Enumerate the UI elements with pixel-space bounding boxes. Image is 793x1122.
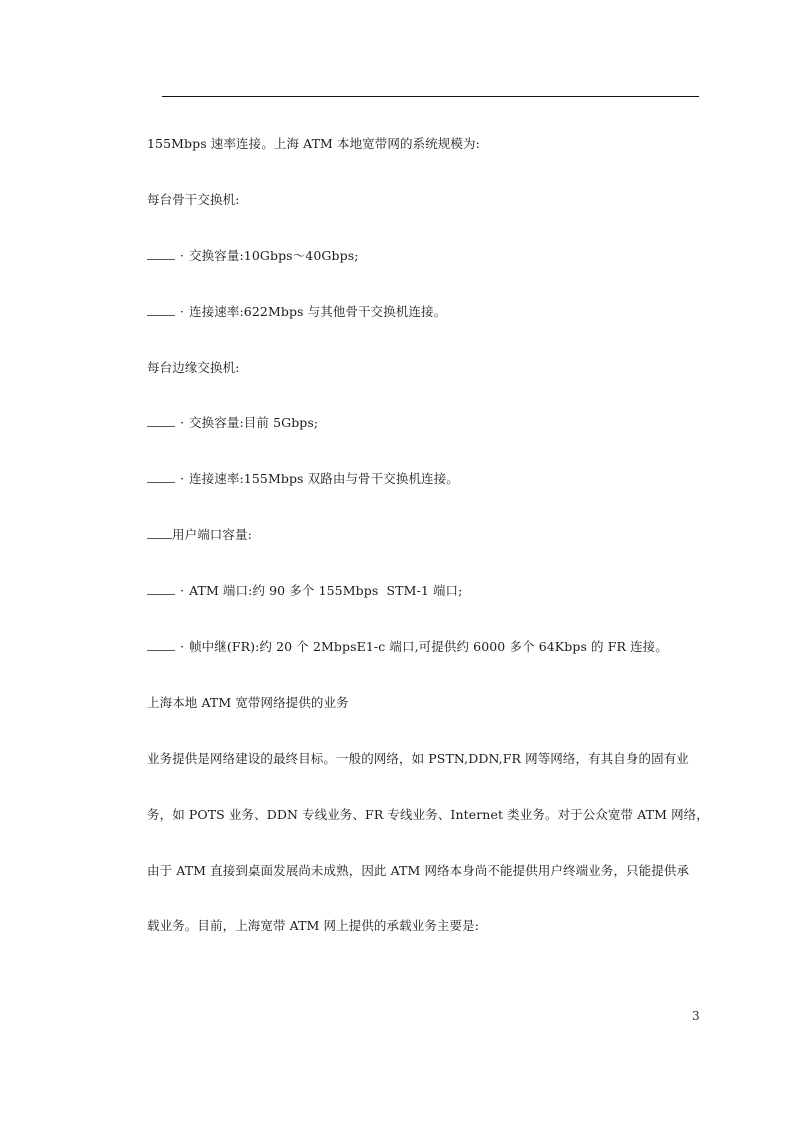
fill-blank [147,247,175,260]
edge-item-rate: ·连接速率:155Mbps 双路由与骨干交换机连接。 [147,469,715,525]
services-heading: 上海本地 ATM 宽带网络提供的业务 [147,693,715,749]
bullet-icon: · [180,469,184,489]
item-text: 连接速率:155Mbps 双路由与骨干交换机连接。 [189,471,459,486]
fill-blank [147,303,175,316]
fill-blank [147,470,175,483]
services-paragraph-line-2: 务，如 POTS 业务、DDN 专线业务、FR 专线业务、Internet 类业… [147,805,715,861]
document-body: 155Mbps 速率连接。上海 ATM 本地宽带网的系统规模为: 每台骨干交换机… [147,134,715,972]
header-rule [162,96,699,97]
backbone-switch-heading: 每台骨干交换机: [147,190,715,246]
item-text: 帧中继(FR):约 20 个 2MbpsE1-c 端口,可提供约 6000 多个… [189,639,668,654]
bullet-icon: · [180,581,184,601]
backbone-item-capacity: ·交换容量:10Gbps～40Gbps; [147,246,715,302]
bullet-icon: · [180,637,184,657]
fill-blank [147,582,175,595]
services-paragraph-line-1: 业务提供是网络建设的最终目标。一般的网络，如 PSTN,DDN,FR 网等网络，… [147,749,715,805]
user-port-item-atm: ·ATM 端口:约 90 多个 155Mbps STM-1 端口; [147,581,715,637]
edge-item-capacity: ·交换容量:目前 5Gbps; [147,413,715,469]
services-paragraph-line-3: 由于 ATM 直接到桌面发展尚未成熟，因此 ATM 网络本身尚不能提供用户终端业… [147,861,715,917]
heading-text: 用户端口容量: [172,527,252,542]
fill-blank [147,638,175,651]
bullet-icon: · [180,246,184,266]
services-paragraph-line-4: 载业务。目前，上海宽带 ATM 网上提供的承载业务主要是: [147,916,715,972]
backbone-item-rate: ·连接速率:622Mbps 与其他骨干交换机连接。 [147,302,715,358]
bullet-icon: · [180,413,184,433]
user-port-heading: 用户端口容量: [147,525,715,581]
item-text: 交换容量:目前 5Gbps; [189,415,318,430]
fill-blank [147,414,175,427]
user-port-item-fr: ·帧中继(FR):约 20 个 2MbpsE1-c 端口,可提供约 6000 多… [147,637,715,693]
edge-switch-heading: 每台边缘交换机: [147,358,715,414]
intro-line: 155Mbps 速率连接。上海 ATM 本地宽带网的系统规模为: [147,134,715,190]
item-text: ATM 端口:约 90 多个 155Mbps STM-1 端口; [189,583,462,598]
document-page: 155Mbps 速率连接。上海 ATM 本地宽带网的系统规模为: 每台骨干交换机… [0,0,793,1122]
item-text: 连接速率:622Mbps 与其他骨干交换机连接。 [189,304,446,319]
fill-blank [147,526,172,539]
page-number: 3 [692,1009,700,1023]
bullet-icon: · [180,302,184,322]
item-text: 交换容量:10Gbps～40Gbps; [189,248,358,263]
